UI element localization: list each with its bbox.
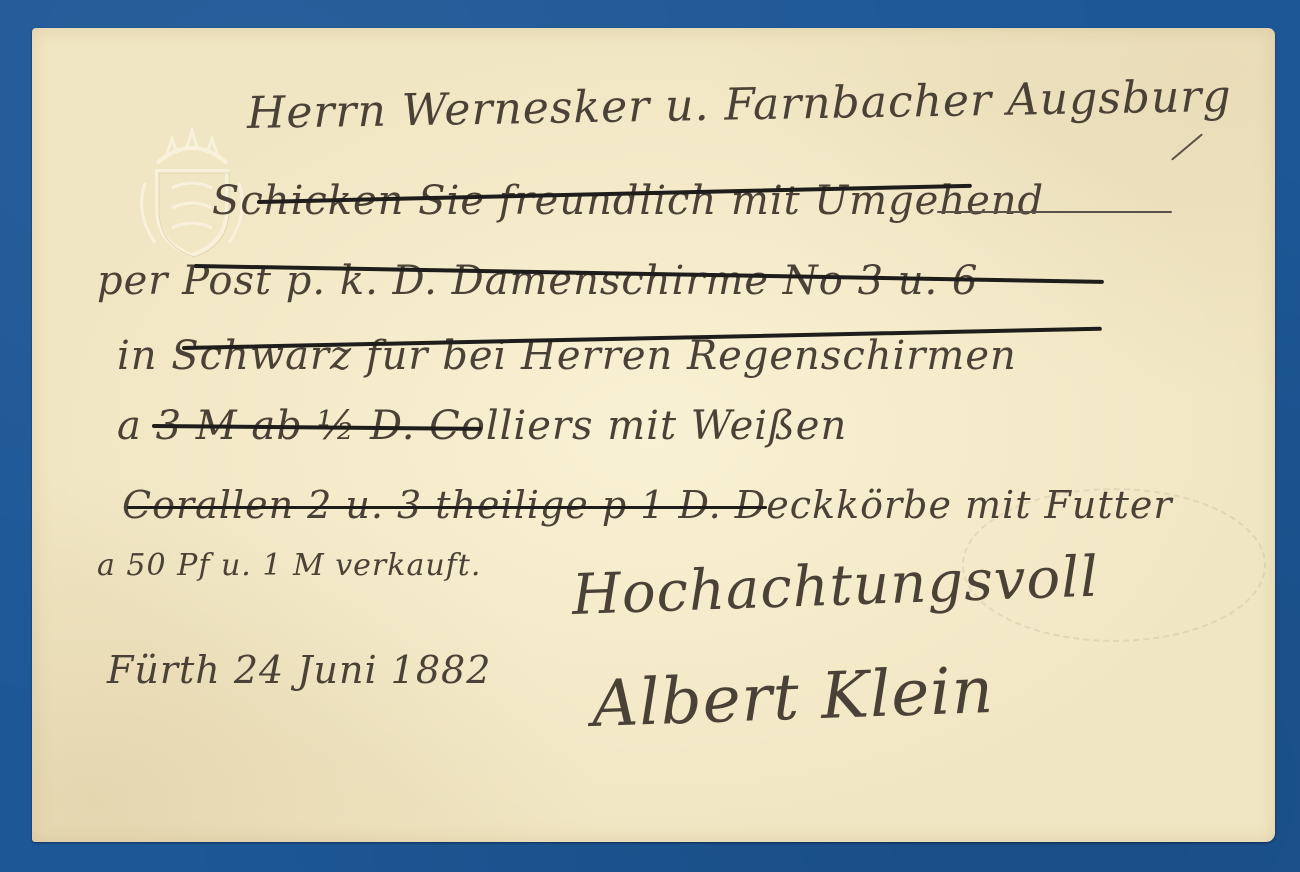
- address-line: Herrn Wernesker u. Farnbacher Augsburg: [247, 71, 1232, 139]
- message-line-5: Corallen 2 u. 3 theilige p 1 D. Deckkörb…: [122, 483, 1173, 527]
- message-line-6: a 50 Pf u. 1 M verkauft.: [97, 548, 481, 583]
- underline: [937, 211, 1172, 213]
- flourish: [1171, 133, 1203, 160]
- place-date: Fürth 24 Juni 1882: [107, 648, 491, 692]
- signature: Albert Klein: [591, 654, 995, 742]
- postcard: Herrn Wernesker u. Farnbacher Augsburg S…: [32, 28, 1275, 842]
- strike-through: [127, 506, 767, 509]
